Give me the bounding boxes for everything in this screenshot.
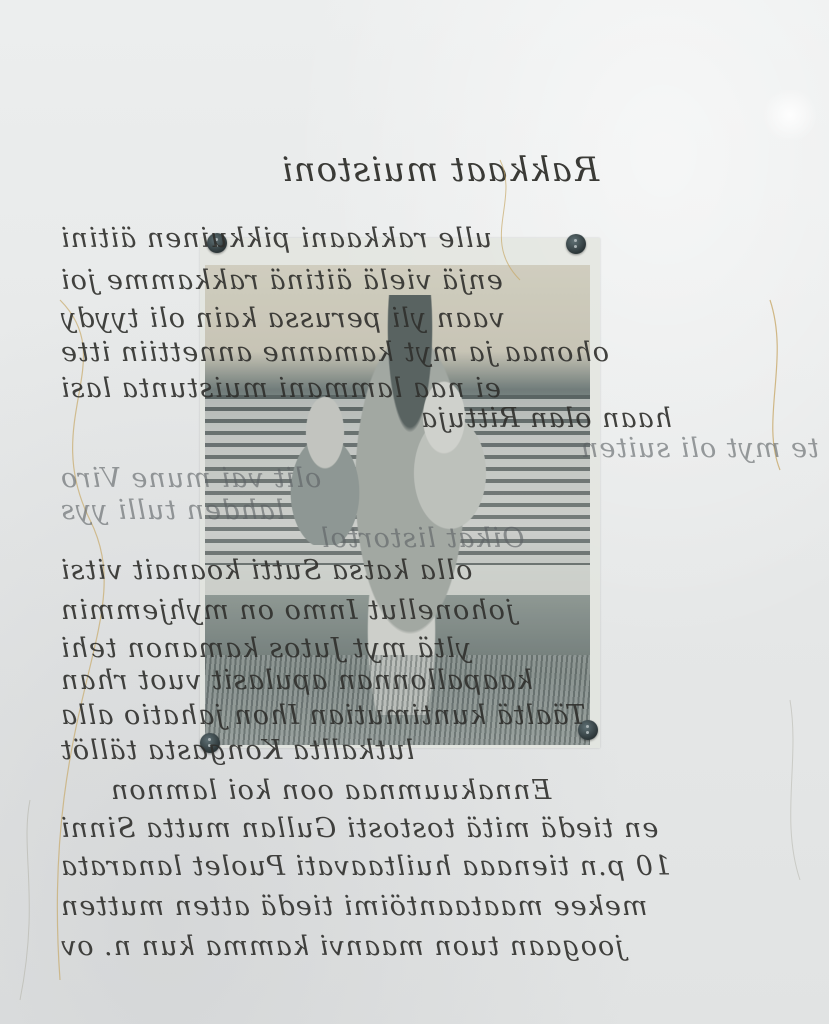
button-top-right-icon: [566, 234, 586, 254]
stitched-title: Rakkaat muistoni: [250, 150, 630, 190]
stitched-line: joogaan tuon maanvi kamma kun n. ov: [60, 931, 624, 962]
stitched-line: enjä vielä äitinä rakkamme joi: [60, 265, 503, 296]
stitched-line: olla katsa Sutti koanait vitsi: [60, 555, 472, 586]
stitched-line: ei naa lammani muistunta lasi: [60, 373, 501, 404]
light-glare: [760, 90, 820, 140]
stitched-line: mekee maataantöimi tiedä atten mutten: [60, 891, 648, 922]
stitched-line: yltä myt Jutos kamanon tehi: [60, 633, 471, 664]
stitched-line: lahden tulli yys: [60, 495, 284, 526]
stitched-line: ohonaa ja myt kamanne annettiin itte: [60, 337, 609, 368]
stitched-line: Oikat listortol: [320, 523, 525, 554]
stitched-line: Ennakuumnaa oon koi lamnon: [110, 775, 551, 806]
stitched-line: te myt oli suiten: [580, 433, 819, 464]
stitched-line: 10 p.n tienaaa huiltaavati Puolet lanara…: [60, 851, 671, 882]
stitched-line: olit vai mune Viro: [60, 463, 321, 494]
stitched-line: vaan yli perussa kain oli tyydy: [60, 303, 505, 334]
stitched-line: kaapallonnan apulasit vuot rhan: [60, 665, 533, 696]
stitched-line: en tiedä mitä tostosti Gullan mutta Sinn…: [60, 813, 658, 844]
stitched-line: johonellut Inmo on myhjemmin: [60, 595, 514, 626]
stitched-line: haan olan Rittuja: [420, 403, 672, 434]
stitched-line: lutkallta Kongasta tällöt: [60, 735, 414, 766]
stitched-line: ulle rakkaani pikkuinen äitini: [60, 223, 492, 254]
stitched-line: Täaltä kuntimutian Ihon jahatio alla: [60, 700, 585, 731]
